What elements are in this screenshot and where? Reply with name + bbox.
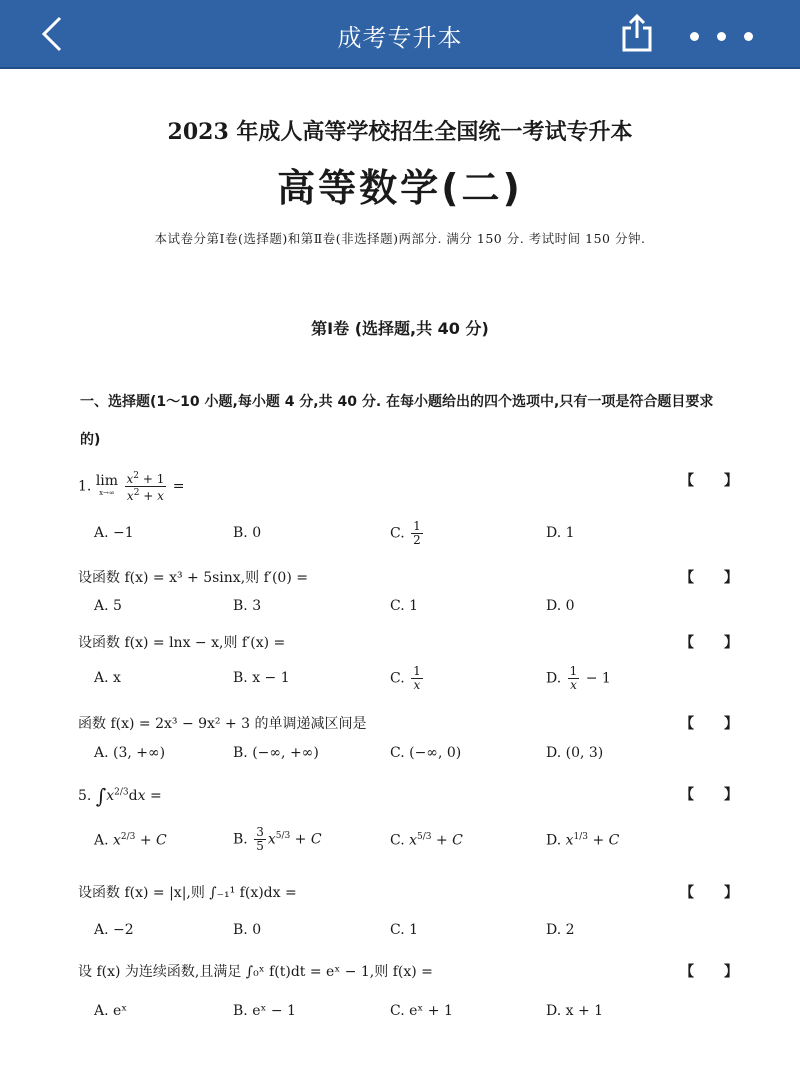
answer-bracket[interactable]: 【】 bbox=[680, 567, 738, 587]
question-stem: 5. ∫x2/3dx = bbox=[78, 784, 162, 808]
question-stem: 设函数 f(x) = |x|,则 ∫₋₁¹ f(x)dx = bbox=[78, 882, 297, 902]
share-icon bbox=[620, 12, 654, 54]
exam-heading: 2023 年成人高等学校招生全国统一考试专升本 bbox=[0, 115, 800, 146]
option-d: D. x + 1 bbox=[546, 1003, 603, 1019]
more-dot bbox=[744, 32, 753, 41]
option-b: B. 35x5/3 + C bbox=[233, 826, 322, 853]
option-b: B. 0 bbox=[233, 922, 261, 938]
option-c: C. eˣ + 1 bbox=[390, 1003, 453, 1019]
answer-bracket[interactable]: 【】 bbox=[680, 632, 738, 652]
option-d: D. 1 bbox=[546, 525, 575, 541]
exam-note: 本试卷分第Ⅰ卷(选择题)和第Ⅱ卷(非选择题)两部分. 满分 150 分. 考试时… bbox=[0, 229, 800, 247]
question-stem: 设函数 f(x) = lnx − x,则 f′(x) = bbox=[78, 632, 285, 652]
option-d: D. 2 bbox=[546, 922, 575, 938]
subject-title: 高等数学(二) bbox=[0, 157, 800, 212]
option-a: A. −2 bbox=[94, 922, 134, 938]
option-c: C. 1 bbox=[390, 922, 418, 938]
answer-bracket[interactable]: 【】 bbox=[680, 882, 738, 902]
option-a: A. x bbox=[94, 670, 121, 686]
option-c: C. 1x bbox=[390, 665, 425, 692]
option-b: B. eˣ − 1 bbox=[233, 1003, 296, 1019]
option-d: D. 1x − 1 bbox=[546, 665, 611, 692]
section-instructions: 一、选择题(1～10 小题,每小题 4 分,共 40 分. 在每小题给出的四个选… bbox=[80, 383, 720, 459]
option-d: D. 0 bbox=[546, 598, 575, 614]
option-c: C. 1 bbox=[390, 598, 418, 614]
answer-bracket[interactable]: 【】 bbox=[680, 961, 738, 981]
more-dots-icon bbox=[690, 32, 699, 41]
option-a: A. x2/3 + C bbox=[94, 832, 167, 849]
question-stem: 1. limx→∞ x2 + 1x2 + x = bbox=[78, 470, 185, 503]
limit-expr: limx→∞ bbox=[96, 475, 118, 499]
option-b: B. 0 bbox=[233, 525, 261, 541]
option-a: A. (3, +∞) bbox=[94, 745, 165, 761]
option-a: A. −1 bbox=[94, 525, 134, 541]
question-number: 1. bbox=[78, 479, 91, 495]
nav-title: 成考专升本 bbox=[0, 18, 800, 53]
question-stem: 设函数 f(x) = x³ + 5sinx,则 f′(0) = bbox=[78, 567, 308, 587]
question-number: 5. bbox=[78, 788, 91, 804]
answer-bracket[interactable]: 【】 bbox=[680, 713, 738, 733]
share-button[interactable] bbox=[620, 12, 654, 54]
fraction: x2 + 1x2 + x bbox=[125, 470, 167, 503]
option-a: A. 5 bbox=[94, 598, 122, 614]
option-d: D. (0, 3) bbox=[546, 745, 603, 761]
answer-bracket[interactable]: 【】 bbox=[680, 784, 738, 804]
more-dot bbox=[717, 32, 726, 41]
option-d: D. x1/3 + C bbox=[546, 832, 619, 849]
more-button[interactable] bbox=[690, 26, 770, 46]
volume-title: 第Ⅰ卷 (选择题,共 40 分) bbox=[0, 316, 800, 339]
option-c: C. x5/3 + C bbox=[390, 832, 463, 849]
question-stem: 函数 f(x) = 2x³ − 9x² + 3 的单调递减区间是 bbox=[78, 713, 367, 733]
option-c: C. (−∞, 0) bbox=[390, 745, 461, 761]
option-b: B. x − 1 bbox=[233, 670, 290, 686]
top-nav-bar: 成考专升本 bbox=[0, 0, 800, 69]
option-c: C. 12 bbox=[390, 520, 425, 547]
option-a: A. eˣ bbox=[94, 1003, 127, 1019]
option-b: B. 3 bbox=[233, 598, 261, 614]
question-stem: 设 f(x) 为连续函数,且满足 ∫₀ˣ f(t)dt = eˣ − 1,则 f… bbox=[78, 961, 433, 981]
option-b: B. (−∞, +∞) bbox=[233, 745, 319, 761]
answer-bracket[interactable]: 【】 bbox=[680, 470, 738, 490]
